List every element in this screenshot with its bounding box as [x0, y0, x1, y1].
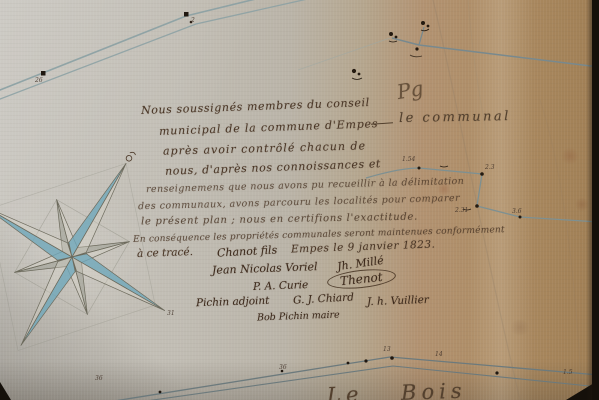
station-label: 1.54: [402, 156, 415, 163]
station-label: 36: [95, 375, 103, 382]
station-label: 1.5: [563, 369, 573, 376]
map-label-communal: le communal: [399, 109, 511, 126]
ink-stain: [560, 148, 580, 164]
station-label: 2.31: [455, 207, 468, 214]
station-label: 3.6: [512, 208, 522, 215]
station-label: 36: [279, 364, 287, 371]
station-label: 13: [383, 346, 391, 353]
signature: P. A. Curie: [253, 279, 309, 293]
station-label: 14: [435, 351, 443, 358]
map-label-bottom-fragment: Le Bois: [327, 379, 467, 400]
photo-of-manuscript-map: Nous soussignés membres du conseil munic…: [0, 0, 599, 400]
station-label: 2: [191, 17, 195, 24]
station-label: 26: [35, 77, 43, 84]
manuscript-line: à ce tracé.: [137, 246, 193, 260]
signature: J. h. Vuillier: [367, 294, 429, 308]
ink-paraph: Pg: [395, 76, 425, 104]
station-label: 2.3: [485, 164, 495, 171]
station-label: 31: [167, 310, 175, 317]
dark-backdrop-edge: [592, 0, 599, 400]
ink-stain: [508, 320, 532, 335]
signature: Pichin adjoint: [196, 295, 270, 310]
fold-highlight: [468, 0, 534, 400]
